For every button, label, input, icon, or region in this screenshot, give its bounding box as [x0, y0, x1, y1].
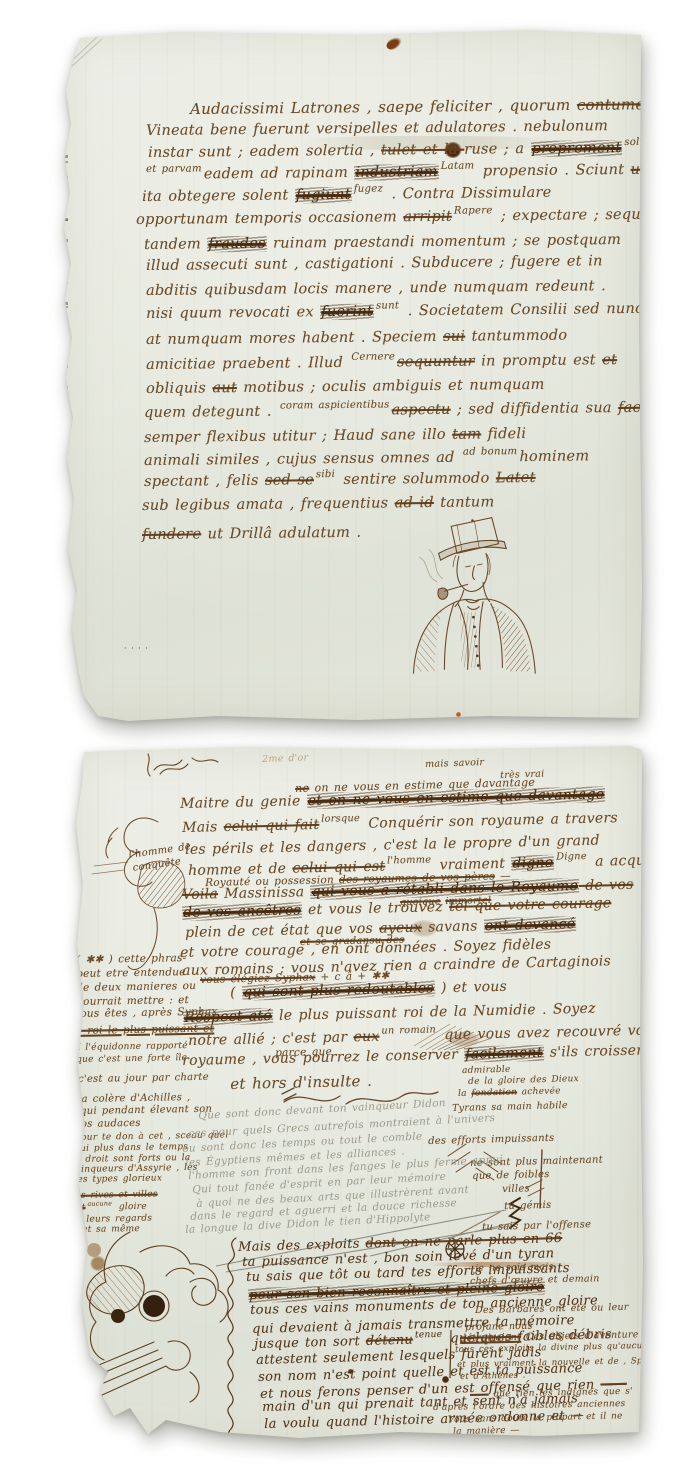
manuscript-line: instar sunt ; eadem solertia , tulet et …	[148, 140, 643, 161]
handwritten-text: fideli	[481, 426, 526, 442]
struck-text: contumel	[577, 95, 643, 114]
man-in-cap-smoking-pipe-sketch	[398, 508, 543, 680]
handwritten-text: ; expectare ; sequi ; arripere	[495, 206, 643, 224]
handwritten-text: Maitre du genie	[180, 793, 307, 812]
handwritten-text: s'ils croissent	[543, 1042, 644, 1060]
torn-edge-writing-fragments	[61, 146, 68, 711]
struck-text: fondation	[471, 1087, 517, 1098]
handwritten-text: savans	[422, 918, 484, 935]
handwritten-text: tu gémis	[504, 1200, 552, 1212]
handwritten-text: X l'équidonne rapporté	[74, 1041, 188, 1053]
handwritten-text: je ne sais mais	[475, 1261, 554, 1274]
handwritten-text: gloire	[114, 1202, 147, 1213]
interline-insert: solum	[624, 137, 643, 148]
handwritten-text: Tyrans sa main habile	[452, 1100, 568, 1114]
right-margin-notes: que de foibles	[472, 1169, 550, 1182]
right-margin-notes: tu gémis	[504, 1200, 552, 1212]
header-notes: 2me d'or	[262, 752, 309, 765]
handwritten-text: la	[458, 1089, 472, 1099]
interline-insert: tenue	[415, 1330, 443, 1341]
manuscript-photograph: Audacissimi Latrones , saepe feliciter ,…	[0, 0, 700, 1470]
right-margin-notes: villes	[502, 1183, 530, 1195]
struck-text: et	[76, 1203, 86, 1213]
handwritten-text: achevée	[517, 1086, 561, 1097]
handwritten-text: tantummodo	[465, 328, 567, 345]
main-ink-lines: et hors d'insulte .	[230, 1072, 372, 1093]
manuscript-line: obliquis aut motibus ; oculis ambiguis e…	[146, 377, 545, 397]
struck-text: qui sont plus redoutables	[242, 980, 435, 1000]
struck-text: digne	[511, 855, 554, 872]
left-margin-notes: etaucune gloire	[76, 1202, 147, 1213]
interline-insert: sibi	[316, 469, 335, 480]
manuscript-line: opportunam temporis occasionem arripitRa…	[136, 206, 643, 228]
left-margin-notes: vos audaces	[75, 1118, 141, 1130]
manuscript-line: animali similes , cujus sensus omnes ad …	[144, 448, 589, 469]
handwritten-text: amicitiae praebent . Illud	[146, 355, 350, 373]
struck-text: détruiraient	[460, 1332, 521, 1344]
handwritten-text: mais savoir	[425, 757, 484, 770]
handwritten-text: peut etre entendue	[76, 966, 186, 980]
left-margin-notes: c'est au jour par charte	[78, 1072, 209, 1085]
handwritten-text: ut Drillâ adulatum .	[201, 525, 361, 543]
handwritten-text: (	[230, 985, 242, 1001]
struck-text: Voila	[182, 886, 218, 903]
right-margin-notes: de la gloire des Dieux	[468, 1074, 579, 1087]
handwritten-text: quem detegunt .	[144, 404, 278, 421]
struck-text: aspectu	[392, 402, 451, 419]
handwritten-text: semper flexibus utitur ; Haud sane illo	[144, 427, 452, 446]
handwritten-text: que rien les indignes que s'	[488, 1387, 632, 1400]
manuscript-line: · · · ·	[124, 644, 148, 653]
struck-text: ces rives et villes	[70, 1189, 158, 1201]
interline-insert: Latam	[441, 161, 475, 172]
handwritten-text: ruinam praestandi momentum ; se postquam	[267, 232, 622, 252]
handwritten-text: at numquam mores habent . Speciem	[146, 329, 443, 348]
handwritten-text: de deux manieres ou	[76, 980, 196, 994]
bottom-right-notes: et d'Athènes .	[460, 1371, 526, 1382]
ink-stain	[384, 35, 403, 53]
left-margin-notes: ( ✱✱ ) cette phras-	[76, 952, 187, 966]
bottom-right-notes: je ne sais mais	[475, 1261, 554, 1274]
handwritten-text: illud assecuti sunt , castigationi . Sub…	[146, 253, 603, 274]
handwritten-text: obliquis	[146, 380, 213, 397]
struck-text: celui qui fait	[224, 817, 320, 835]
struck-text: de vos	[579, 877, 634, 894]
handwritten-text: Vineata bene fuerunt versipelles et adul…	[146, 118, 608, 139]
interline-insert: ad bonum	[463, 446, 518, 458]
interline-insert: un romain	[381, 1025, 436, 1037]
handwritten-text: hominem	[519, 448, 589, 465]
ink-spot	[58, 78, 67, 85]
red-dot	[456, 712, 461, 717]
pen-trial-squiggle	[148, 750, 248, 778]
handwritten-text: spectant , felis	[144, 473, 265, 490]
handwritten-text: a acquérir .	[589, 852, 644, 870]
handwritten-text: animali similes , cujus sensus omnes ad	[144, 450, 461, 469]
handwritten-text: abditis quibusdam locis manere , unde nu…	[146, 278, 606, 299]
left-margin-notes: le roi le plus puissant et	[72, 1023, 214, 1037]
manuscript-line: ita obtegere solent fugiuntfugez . Contr…	[142, 185, 552, 205]
interline-insert: aucune	[87, 1200, 112, 1207]
struck-text: tam	[452, 426, 481, 442]
header-notes: mais savoir	[425, 757, 484, 770]
manuscript-line: illud assecuti sunt , castigationi . Sub…	[146, 253, 603, 274]
struck-text: ad id	[395, 495, 434, 511]
handwritten-text: Mais	[182, 819, 224, 836]
manuscript-line: quem detegunt . coram aspicientibusaspec…	[144, 399, 643, 421]
struck-text: sui	[443, 329, 465, 345]
handwritten-text: sub legibus amata , frequentius	[142, 495, 395, 514]
handwritten-text: in promptu est	[475, 352, 603, 369]
interline-insert: coram aspicientibus	[280, 400, 390, 412]
left-margin-notes: la colère d'Achilles ,	[78, 1092, 191, 1105]
handwritten-text: . Societatem Consilii sed nunc	[401, 301, 643, 320]
struck-text: ont devancé	[484, 916, 577, 934]
interline-insert: lorsque	[321, 813, 360, 825]
struck-text: le roi le plus puissant et	[72, 1023, 214, 1037]
handwritten-text: Audacissimi Latrones , saepe feliciter ,…	[190, 96, 577, 118]
handwritten-text: et sa même	[82, 1224, 140, 1235]
right-margin-notes: admirable	[462, 1065, 511, 1076]
struck-text: tulet et la	[381, 142, 464, 159]
interline-insert: l'homme	[387, 855, 431, 867]
struck-text: fraudes	[207, 236, 267, 253]
handwritten-text: et hors d'insulte .	[230, 1072, 372, 1093]
manuscript-page-1: Audacissimi Latrones , saepe feliciter ,…	[58, 28, 643, 722]
handwritten-text: de la gloire des Dieux	[468, 1074, 579, 1087]
struck-text: fuerint	[320, 304, 374, 321]
manuscript-line: spectant , felis sed sesibi sentire solu…	[144, 470, 536, 490]
fold-crease	[58, 28, 118, 88]
manuscript-line: nisi quum revocati ex fuerintsunt . Soci…	[146, 301, 643, 322]
handwritten-text: vous êtes , après Syphax	[74, 1005, 218, 1020]
handwritten-text: ; sed diffidentia sua	[451, 400, 619, 418]
struck-text: industriam	[354, 164, 438, 181]
bottom-right-notes: la manière —	[453, 1426, 520, 1437]
manuscript-line: et parvameadem ad rapinam industriamLata…	[144, 161, 643, 183]
struck-text: aut	[212, 380, 237, 396]
handwritten-text: vos audaces	[75, 1118, 141, 1130]
left-margin-notes: qui pendant élevant son	[80, 1104, 212, 1117]
right-margin-notes: Tyrans sa main habile	[452, 1100, 568, 1114]
main-ink-lines: Maitre du genie et on ne vous en estime …	[180, 786, 605, 812]
manuscript-line: Audacissimi Latrones , saepe feliciter ,…	[190, 95, 643, 118]
handwritten-text: Des Barbares ont été ou leur	[475, 1302, 629, 1316]
manuscript-line: Vineata bene fuerunt versipelles et adul…	[146, 118, 608, 139]
handwritten-text: ( ✱✱ ) cette phras-	[76, 952, 187, 966]
struck-text: arripit	[403, 209, 452, 226]
main-ink-lines: Réspect até le plus puissant roi de la N…	[183, 1001, 596, 1026]
struck-text: ut	[631, 162, 643, 178]
left-margin-notes: qui plus dans le temps	[74, 1142, 188, 1154]
left-margin-notes: peut etre entendue	[76, 966, 186, 980]
struck-text: fundere	[142, 526, 201, 543]
interline-insert: Cernere	[351, 352, 395, 363]
handwritten-text: . Contra Dissimulare	[385, 185, 552, 203]
handwritten-text: et vous le trouvez	[302, 899, 450, 918]
handwritten-text: instar sunt ; eadem solertia ,	[148, 143, 381, 161]
dense-ink-scribble-with-two-blots	[70, 1222, 260, 1434]
right-margin-notes: la fondation achevée	[458, 1086, 561, 1099]
handwritten-text: propensio . Sciunt	[476, 162, 630, 180]
handwritten-text: nisi quum revocati ex	[146, 304, 320, 322]
handwritten-text: que c'est une forte île	[76, 1053, 187, 1065]
handwritten-text: opportunam temporis occasionem	[136, 209, 403, 228]
handwritten-text: ) et vous	[435, 979, 508, 997]
left-margin-notes: vous êtes , après Syphax	[74, 1005, 218, 1020]
struck-text: facilement	[464, 1045, 544, 1063]
manuscript-line: semper flexibus utitur ; Haud sane illo …	[144, 426, 526, 446]
struck-text: Latet	[496, 470, 536, 486]
handwritten-text: la manière —	[453, 1426, 520, 1437]
handwritten-text: la colère d'Achilles ,	[78, 1092, 191, 1105]
bottom-right-notes: Des Barbares ont été ou leur	[475, 1302, 629, 1316]
left-margin-notes: ces types glorieux	[72, 1173, 162, 1185]
manuscript-line: amicitiae praebent . Illud Cerneresequun…	[146, 352, 617, 373]
handwritten-text: Conquérir son royaume a travers	[362, 810, 618, 832]
manuscript-page-2: 2me d'ormais savoirtrès vraine on ne vou…	[70, 744, 644, 1448]
handwritten-text: royaume , vous pourrez le conserver	[182, 1047, 464, 1069]
struck-text: de vos ancêtres	[182, 902, 302, 921]
handwritten-text: motibus ; oculis ambiguis et numquam	[237, 377, 545, 396]
interline-insert: et parvam	[146, 164, 202, 176]
handwritten-text: ruse ; a	[464, 141, 531, 158]
handwritten-text: tandem	[144, 236, 207, 253]
struck-text: détenu	[366, 1333, 414, 1349]
handwritten-text: qui pendant élevant son	[80, 1104, 212, 1117]
manuscript-page-1-wrap: Audacissimi Latrones , saepe feliciter ,…	[58, 28, 643, 722]
handwritten-text: sentire solummodo	[337, 470, 496, 488]
handwritten-text: et d'Athènes .	[460, 1371, 526, 1382]
handwritten-text: tantum	[434, 494, 495, 511]
handwritten-text: chefs d'œuvre et demain	[470, 1273, 600, 1287]
bottom-right-notes: chefs d'œuvre et demain	[470, 1273, 600, 1287]
left-margin-notes: X l'équidonne rapporté	[74, 1041, 188, 1053]
handwritten-text: c'est au jour par charte	[78, 1072, 209, 1085]
handwritten-text: ita obtegere solent	[142, 187, 295, 205]
interline-insert: sunt	[376, 300, 399, 311]
main-ink-lines: Mais celui qui faitlorsque Conquérir son…	[182, 810, 618, 836]
struck-text: tel que votre courage	[449, 895, 612, 915]
manuscript-line: at numquam mores habent . Speciem sui ta…	[146, 328, 567, 348]
struck-text: et	[602, 352, 617, 368]
manuscript-line: tandem fraudes ruinam praestandi momentu…	[144, 232, 621, 253]
left-margin-notes: que c'est une forte île	[76, 1053, 187, 1065]
manuscript-line: fundere ut Drillâ adulatum .	[142, 525, 361, 543]
struck-text: proprement	[531, 140, 623, 157]
left-margin-notes: et sa même	[82, 1224, 140, 1235]
interline-insert: Rapere	[454, 205, 493, 216]
struck-text: sequuntur	[397, 354, 475, 371]
handwritten-text: ces types glorieux	[72, 1173, 162, 1185]
handwritten-text: jusque ton sort	[254, 1334, 366, 1352]
bottom-right-notes: —— que rien les indignes que s'	[470, 1387, 633, 1400]
left-margin-notes: ces rives et villes	[70, 1189, 158, 1201]
handwritten-text: eadem ad rapinam	[204, 165, 355, 183]
struck-text: fugiunt	[295, 187, 352, 204]
struck-text: sed se	[265, 472, 314, 489]
left-margin-notes: de deux manieres ou	[76, 980, 196, 994]
interline-insert: Digne	[556, 851, 587, 863]
handwritten-text: qui plus dans le temps	[74, 1142, 188, 1154]
manuscript-page-2-wrap: 2me d'ormais savoirtrès vraine on ne vou…	[70, 744, 644, 1448]
handwritten-text: Massinissa	[218, 884, 311, 902]
manuscript-line: abditis quibusdam locis manere , unde nu…	[146, 278, 606, 299]
handwritten-text: admirable	[462, 1065, 511, 1076]
struck-text: faction	[618, 399, 643, 416]
handwritten-text: que de foibles	[472, 1169, 550, 1182]
handwritten-text: villes	[502, 1183, 530, 1195]
struck-text: eux	[353, 1029, 379, 1046]
interline-insert: fugez	[354, 184, 383, 195]
handwritten-text: 2me d'or	[262, 752, 309, 765]
handwritten-text: · · · ·	[124, 644, 148, 653]
struck-text: ——	[470, 1390, 489, 1400]
